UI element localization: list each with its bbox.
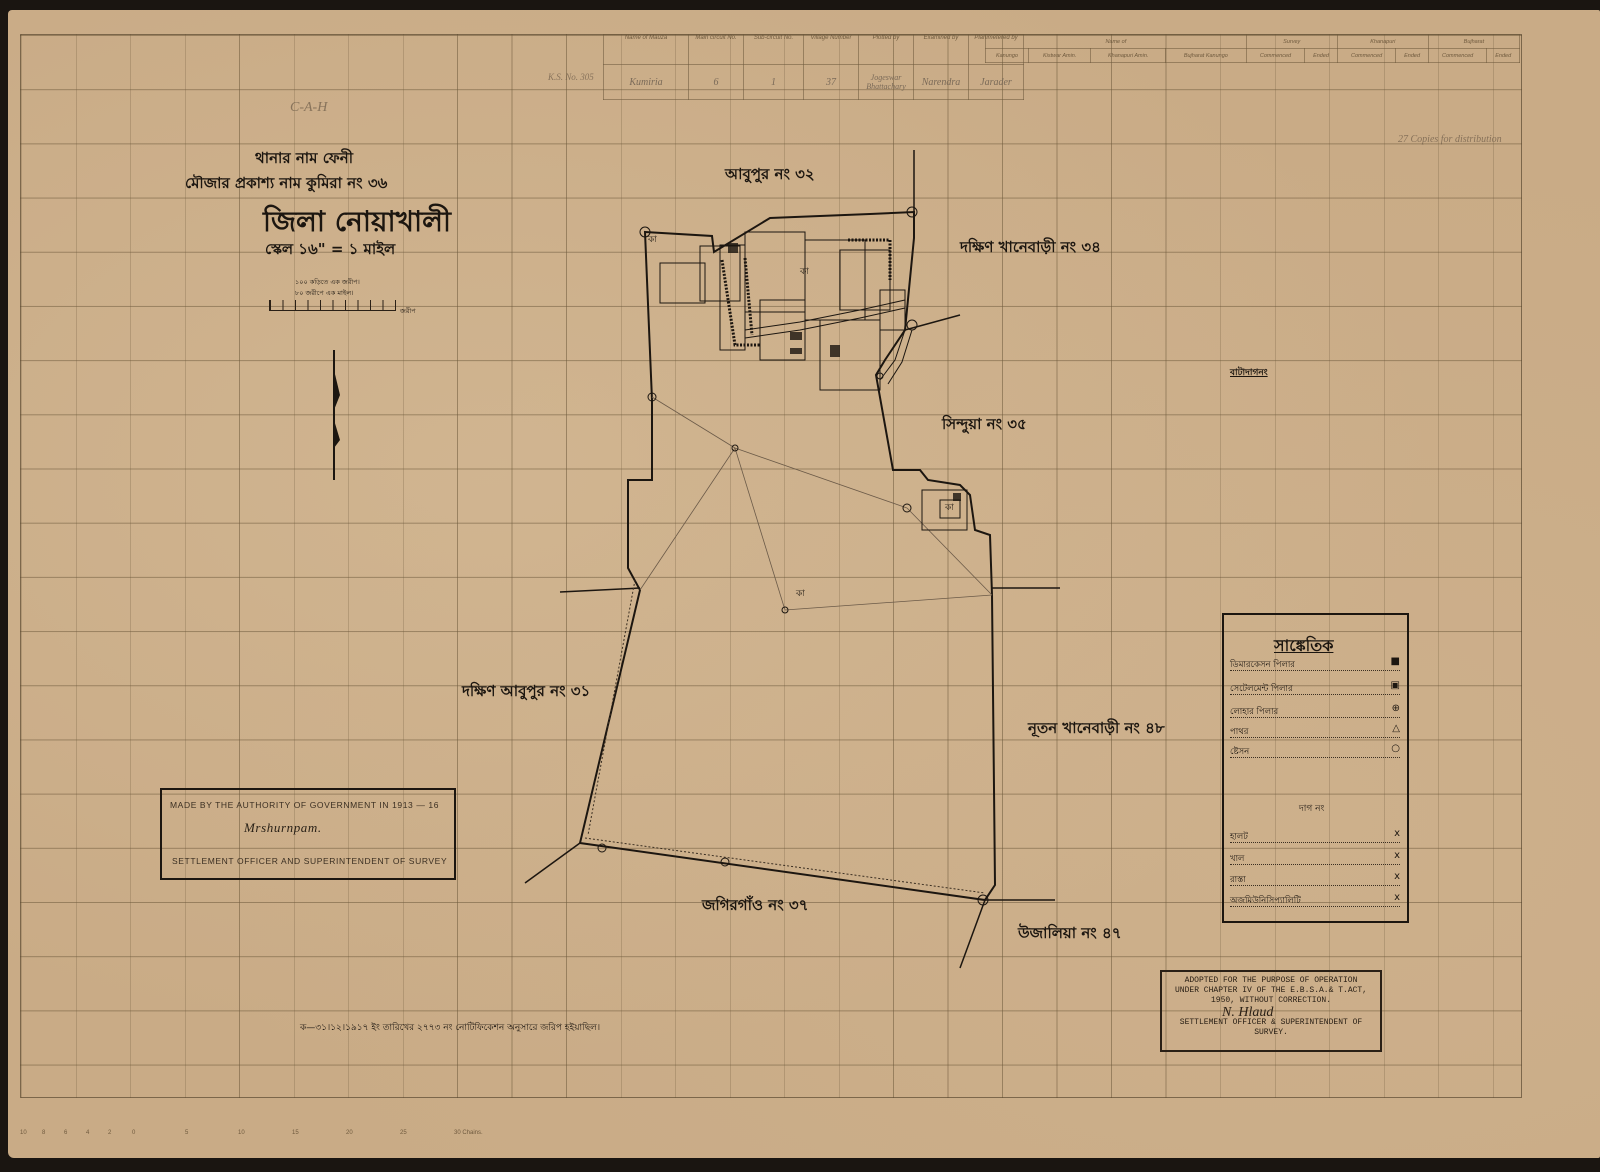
settlement-pillar-icon: ▣ xyxy=(1391,680,1400,691)
legend-item: সেটেলমেন্ট পিলার ▣ xyxy=(1230,682,1400,695)
dag-heading: দাগ নং xyxy=(1299,801,1324,816)
officer-title: SETTLEMENT OFFICER AND SUPERINTENDENT OF… xyxy=(172,856,447,866)
demarcation-pillar-icon: ■ xyxy=(1391,656,1400,667)
notification-note: ক—৩১।১২।১৯১৭ ইং তারিখের ২৭৭৩ নং নোটিফিকে… xyxy=(300,1020,600,1035)
dag-item: অজমিউনিসিপ্যালিটি x xyxy=(1230,894,1400,907)
boundary-label-southeast: নূতন খানেবাড়ী নং ৪৮ xyxy=(1028,717,1165,742)
dag-item: হালট x xyxy=(1230,830,1400,843)
adoption-stamp: ADOPTED FOR THE PURPOSE OF OPERATION UND… xyxy=(1160,970,1382,1052)
legend-item: পাথর △ xyxy=(1230,725,1400,738)
plot-label: কা xyxy=(796,586,805,601)
plot-label: কা xyxy=(648,232,657,247)
legend-item: লোহার পিলার ⊕ xyxy=(1230,705,1400,718)
legend-box: সাঙ্কেতিক ডিমারকেসন পিলার ■ সেটেলমেন্ট প… xyxy=(1222,613,1409,923)
stone-icon: △ xyxy=(1392,723,1400,734)
boundary-label-northeast: দক্ষিণ খানেবাড়ী নং ৩৪ xyxy=(960,236,1101,261)
iron-pillar-icon: ⊕ xyxy=(1392,703,1400,714)
boundary-label-south: জগিরগাঁও নং ৩৭ xyxy=(702,894,808,919)
dag-item: রাস্তা x xyxy=(1230,873,1400,886)
batta-dag-label: বাটাদাগনং xyxy=(1230,365,1268,380)
boundary-label-south-southeast: উজালিয়া নং ৪৭ xyxy=(1018,922,1121,947)
plot-label: কা xyxy=(945,500,954,515)
officer-signature: Mrshurnpam. xyxy=(244,820,322,836)
boundary-label-west: দক্ষিণ আবুপুর নং ৩১ xyxy=(462,680,590,705)
adoption-signature: N. Hlaud xyxy=(1222,1008,1380,1018)
authority-line: MADE BY THE AUTHORITY OF GOVERNMENT IN 1… xyxy=(170,800,439,810)
legend-item: ষ্টেসন ○ xyxy=(1230,745,1400,758)
plot-label: কা xyxy=(800,264,809,279)
authority-box: MADE BY THE AUTHORITY OF GOVERNMENT IN 1… xyxy=(160,788,456,880)
dag-item: খাল x xyxy=(1230,852,1400,865)
legend-item: ডিমারকেসন পিলার ■ xyxy=(1230,658,1400,671)
station-icon: ○ xyxy=(1391,743,1400,754)
north-arrow-icon xyxy=(334,350,340,480)
boundary-label-east: সিন্দুয়া নং ৩৫ xyxy=(942,413,1027,438)
boundary-label-north: আবুপুর নং ৩২ xyxy=(725,163,815,188)
legend-title: সাঙ্কেতিক xyxy=(1274,633,1333,660)
